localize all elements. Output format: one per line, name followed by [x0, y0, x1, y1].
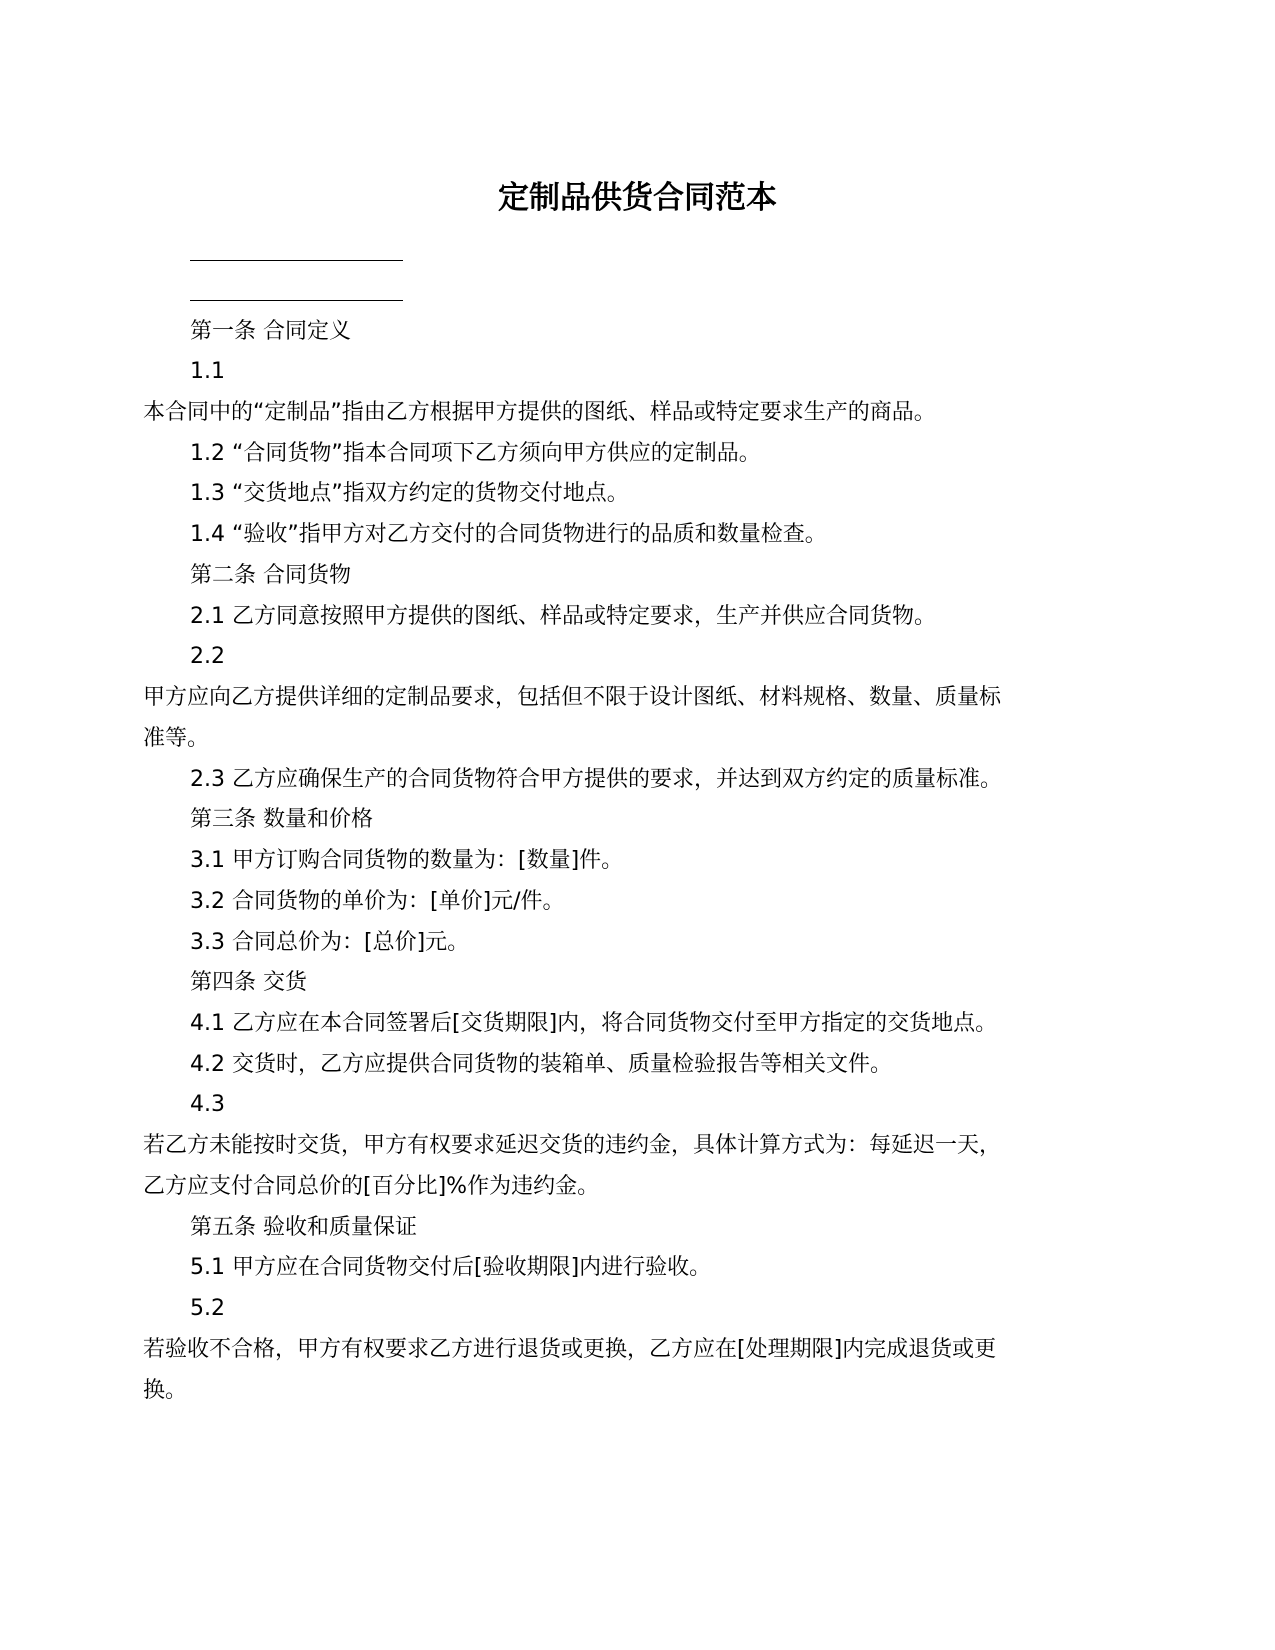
clause-3-2: 3.2 合同货物的单价为：[单价]元/件。	[190, 887, 565, 917]
clause-2-3: 2.3 乙方应确保生产的合同货物符合甲方提供的要求，并达到双方约定的质量标准。	[190, 765, 1002, 795]
article-5-heading: 第五条 验收和质量保证	[190, 1213, 417, 1243]
clause-5-2-number: 5.2	[190, 1294, 225, 1324]
clause-1-3: 1.3 “交货地点”指双方约定的货物交付地点。	[190, 479, 629, 509]
clause-5-1: 5.1 甲方应在合同货物交付后[验收期限]内进行验收。	[190, 1253, 711, 1283]
document-title: 定制品供货合同范本	[0, 178, 1275, 218]
document-page: 定制品供货合同范本 第一条 合同定义 1.1 本合同中的“定制品”指由乙方根据甲…	[0, 0, 1275, 1650]
article-3-heading: 第三条 数量和价格	[190, 805, 373, 835]
clause-4-3-text-cont: 乙方应支付合同总价的[百分比]%作为违约金。	[143, 1172, 599, 1202]
article-4-heading: 第四条 交货	[190, 968, 307, 998]
clause-1-1-text: 本合同中的“定制品”指由乙方根据甲方提供的图纸、样品或特定要求生产的商品。	[143, 398, 936, 428]
clause-2-1: 2.1 乙方同意按照甲方提供的图纸、样品或特定要求，生产并供应合同货物。	[190, 602, 936, 632]
signature-blank-line-2	[190, 300, 403, 301]
clause-1-2: 1.2 “合同货物”指本合同项下乙方须向甲方供应的定制品。	[190, 439, 761, 469]
clause-5-2-text-cont: 换。	[143, 1376, 187, 1406]
clause-2-2-text-cont: 准等。	[143, 724, 209, 754]
clause-4-2: 4.2 交货时，乙方应提供合同货物的装箱单、质量检验报告等相关文件。	[190, 1050, 892, 1080]
clause-3-3: 3.3 合同总价为：[总价]元。	[190, 928, 469, 958]
clause-5-2-text: 若验收不合格，甲方有权要求乙方进行退货或更换，乙方应在[处理期限]内完成退货或更	[143, 1335, 996, 1365]
clause-4-1: 4.1 乙方应在本合同签署后[交货期限]内，将合同货物交付至甲方指定的交货地点。	[190, 1009, 997, 1039]
clause-4-3-text: 若乙方未能按时交货，甲方有权要求延迟交货的违约金，具体计算方式为：每延迟一天，	[143, 1131, 1001, 1161]
clause-3-1: 3.1 甲方订购合同货物的数量为：[数量]件。	[190, 846, 623, 876]
clause-2-2-number: 2.2	[190, 642, 225, 672]
signature-blank-line-1	[190, 260, 403, 261]
clause-1-1-number: 1.1	[190, 357, 225, 387]
article-2-heading: 第二条 合同货物	[190, 561, 351, 591]
article-1-heading: 第一条 合同定义	[190, 317, 351, 347]
clause-2-2-text: 甲方应向乙方提供详细的定制品要求，包括但不限于设计图纸、材料规格、数量、质量标	[143, 683, 1001, 713]
clause-4-3-number: 4.3	[190, 1090, 225, 1120]
clause-1-4: 1.4 “验收”指甲方对乙方交付的合同货物进行的品质和数量检查。	[190, 520, 827, 550]
